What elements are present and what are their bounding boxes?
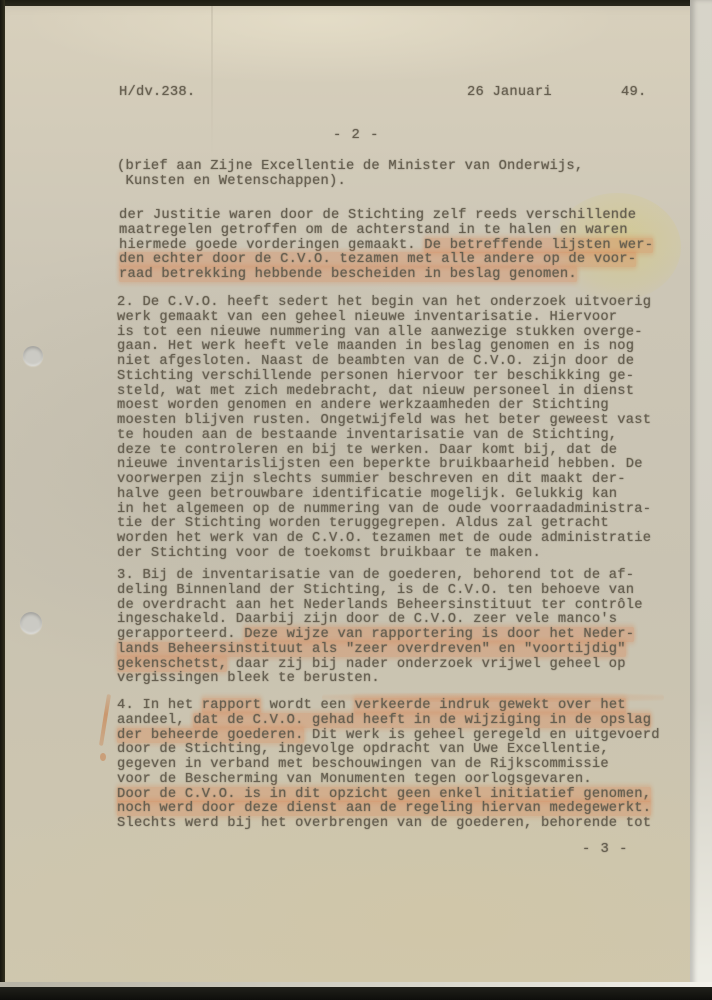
text-line: Kunsten en Wetenschappen). [117, 175, 583, 190]
margin-pencil-dot [100, 753, 106, 761]
page-number-bottom: - 3 - [582, 843, 628, 858]
text-line: den echter door de C.V.O. tezamen met al… [119, 253, 653, 268]
highlighted-text: dat de C.V.O. gehad heeft in de wijzigin… [193, 713, 651, 728]
text-line: door de Stichting, ingevolge opdracht va… [117, 743, 660, 758]
text-line: maatregelen getroffen om de achterstand … [119, 224, 653, 239]
highlighted-text: raad betrekking hebbende bescheiden in b… [119, 267, 577, 282]
paragraph-1: der Justitie waren door de Stichting zel… [119, 209, 653, 283]
text-line: gegeven in verband met beschouwingen van… [117, 758, 660, 773]
margin-pencil-mark [99, 694, 111, 746]
text-line: vergissingen bleek te berusten. [117, 672, 643, 687]
text-line: aandeel, dat de C.V.O. gehad heeft in de… [117, 714, 660, 729]
text-line: lands Beheersinstituut als "zeer overdre… [117, 643, 643, 658]
text-line: moest worden genomen en andere werkzaamh… [117, 399, 651, 414]
text-line: 2. De C.V.O. heeft sedert het begin van … [117, 296, 651, 311]
text-line: noch werd door deze dienst aan de regeli… [117, 802, 660, 817]
header-reference: H/dv.238. [119, 86, 195, 101]
punch-hole-bottom [20, 612, 42, 634]
highlighted-text: rapport [202, 698, 261, 713]
highlighted-text: lands Beheersinstituut als "zeer overdre… [117, 642, 626, 657]
scanned-document: H/dv.238. 26 Januari 49. - 2 - (brief aa… [0, 0, 712, 1000]
header-date: 26 Januari [467, 86, 552, 101]
text-line: nieuwe inventarislijsten een beperkte br… [117, 458, 651, 473]
page-number-top: - 2 - [333, 129, 379, 144]
paragraph-2: 2. De C.V.O. heeft sedert het begin van … [117, 296, 651, 562]
text-line: Stichting verschillende personen hiervoo… [117, 370, 651, 385]
highlighted-text: verkeerde indruk gewekt over het [354, 698, 625, 713]
header-year: 49. [621, 86, 646, 101]
highlighted-text: den echter door de C.V.O. tezamen met al… [119, 252, 636, 267]
text-line: tie der Stichting worden teruggegrepen. … [117, 517, 651, 532]
text-line: voorwerpen zijn slechts summier beschrev… [117, 473, 651, 488]
text-line: 3. Bij de inventarisatie van de goederen… [117, 569, 643, 584]
text-line: gaan. Het werk heeft vele maanden in bes… [117, 340, 651, 355]
text-line: voor de Bescherming van Monumenten tegen… [117, 773, 660, 788]
paragraph-4: 4. In het rapport wordt een verkeerde in… [117, 699, 660, 832]
text-line: gerapporteerd. Deze wijze van rapporteri… [117, 628, 643, 643]
paragraph-3: 3. Bij de inventarisatie van de goederen… [117, 569, 643, 687]
text-line: niet afgesloten. Naast de beambten van d… [117, 355, 651, 370]
text-line: halve geen betrouwbare identificatie mog… [117, 488, 651, 503]
document-page: H/dv.238. 26 Januari 49. - 2 - (brief aa… [0, 0, 712, 1000]
addressee-note: (brief aan Zijne Excellentie de Minister… [117, 160, 583, 190]
highlighted-text: Door de C.V.O. is in dit opzicht geen en… [117, 787, 651, 802]
highlighted-text: noch werd door deze dienst aan de regeli… [117, 801, 651, 816]
text-line: worden het werk van de C.V.O. tezamen me… [117, 532, 651, 547]
highlighted-text: der beheerde goederen. [117, 728, 304, 743]
text-line: raad betrekking hebbende bescheiden in b… [119, 268, 653, 283]
text-line: (brief aan Zijne Excellentie de Minister… [117, 160, 583, 175]
scan-border-right [690, 0, 712, 1000]
text-line: moesten blijven rusten. Ongetwijfeld was… [117, 414, 651, 429]
highlighted-text: gekenschetst, [117, 657, 227, 672]
text-line: der Stichting voor de toekomst bruikbaar… [117, 547, 651, 562]
highlighted-text: Deze wijze van rapportering is door het … [244, 627, 634, 642]
text-line: der Justitie waren door de Stichting zel… [119, 209, 653, 224]
text-line: ingeschakeld. Daarbij zijn door de C.V.O… [117, 613, 643, 628]
punch-hole-top [23, 346, 43, 366]
text-line: 4. In het rapport wordt een verkeerde in… [117, 699, 660, 714]
text-line: werk gemaakt van een geheel nieuwe inven… [117, 311, 651, 326]
scan-border-bottom [0, 987, 712, 1000]
highlighted-text: De betreffende lijsten wer- [424, 238, 653, 253]
scan-border-top [0, 0, 712, 6]
text-line: te houden aan de bestaande inventarisati… [117, 429, 651, 444]
scan-border-left [0, 0, 5, 1000]
paper-crease [211, 6, 213, 156]
text-line: Slechts werd bij het overbrengen van de … [117, 817, 660, 832]
text-line: deling Binnenland der Stichting, is de C… [117, 584, 643, 599]
